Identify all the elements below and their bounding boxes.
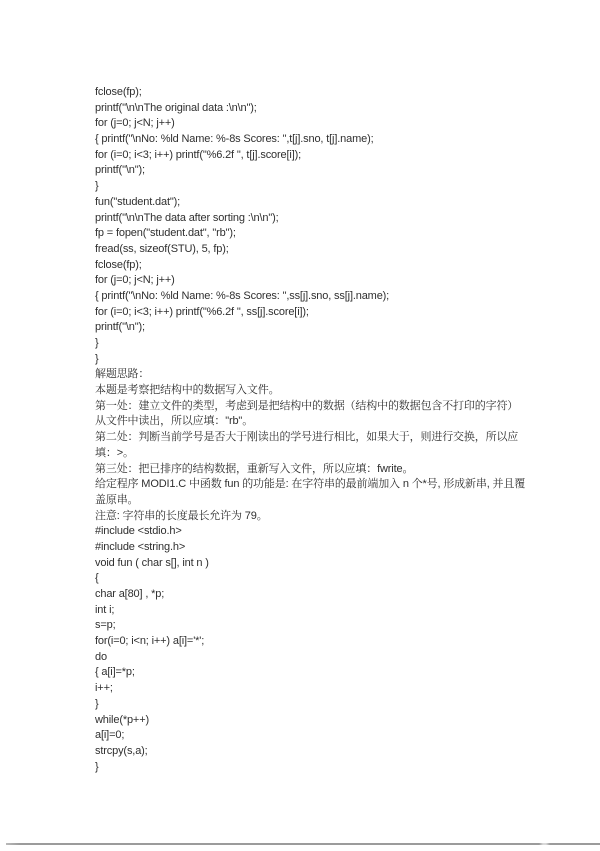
text-line: i++; (95, 681, 565, 697)
text-line: fclose(fp); (95, 85, 565, 101)
text-line: 本题是考察把结构中的数据写入文件。 (95, 383, 565, 399)
text-line: printf("\n"); (95, 163, 565, 179)
text-line: 第二处：判断当前学号是否大于刚读出的学号进行相比，如果大于，则进行交换，所以应 (95, 430, 565, 446)
text-line: fp = fopen("student.dat", "rb"); (95, 226, 565, 242)
text-line: while(*p++) (95, 713, 565, 729)
text-line: 注意: 字符串的长度最长允许为 79。 (95, 509, 565, 525)
text-line: } (95, 352, 565, 368)
text-line: fread(ss, sizeof(STU), 5, fp); (95, 242, 565, 258)
text-line: 第三处：把已排序的结构数据，重新写入文件，所以应填：fwrite。 (95, 462, 565, 478)
page-bottom-edge (6, 843, 600, 845)
text-line: 盖原串。 (95, 493, 565, 509)
text-line: { printf("\nNo: %ld Name: %-8s Scores: "… (95, 289, 565, 305)
text-line: } (95, 179, 565, 195)
text-line: strcpy(s,a); (95, 744, 565, 760)
text-line: 解题思路： (95, 367, 565, 383)
text-line: for (i=0; i<3; i++) printf("%6.2f ", ss[… (95, 305, 565, 321)
text-line: fun("student.dat"); (95, 195, 565, 211)
text-line: #include <string.h> (95, 540, 565, 556)
text-line: for (j=0; j<N; j++) (95, 273, 565, 289)
text-line: } (95, 697, 565, 713)
text-line: 从文件中读出，所以应填："rb"。 (95, 414, 565, 430)
text-line: } (95, 760, 565, 776)
text-line: do (95, 650, 565, 666)
text-line: void fun ( char s[], int n ) (95, 556, 565, 572)
text-line: for (j=0; j<N; j++) (95, 116, 565, 132)
text-line: int i; (95, 603, 565, 619)
text-line: a[i]=0; (95, 728, 565, 744)
text-line: fclose(fp); (95, 258, 565, 274)
text-line: s=p; (95, 618, 565, 634)
text-line: 填：>。 (95, 446, 565, 462)
text-line: printf("\n"); (95, 320, 565, 336)
text-line: } (95, 336, 565, 352)
text-line: 给定程序 MODI1.C 中函数 fun 的功能是: 在字符串的最前端加入 n … (95, 477, 565, 493)
text-line: 第一处：建立文件的类型，考虑到是把结构中的数据（结构中的数据包含不打印的字符） (95, 399, 565, 415)
text-line: char a[80] , *p; (95, 587, 565, 603)
text-line: { a[i]=*p; (95, 665, 565, 681)
text-line: printf("\n\nThe data after sorting :\n\n… (95, 211, 565, 227)
document-page: fclose(fp);printf("\n\nThe original data… (0, 0, 600, 851)
text-line: { (95, 571, 565, 587)
text-line: for (i=0; i<3; i++) printf("%6.2f ", t[j… (95, 148, 565, 164)
text-line: printf("\n\nThe original data :\n\n"); (95, 101, 565, 117)
text-content: fclose(fp);printf("\n\nThe original data… (95, 85, 565, 775)
text-line: { printf("\nNo: %ld Name: %-8s Scores: "… (95, 132, 565, 148)
text-line: #include <stdio.h> (95, 524, 565, 540)
text-line: for(i=0; i<n; i++) a[i]='*'; (95, 634, 565, 650)
